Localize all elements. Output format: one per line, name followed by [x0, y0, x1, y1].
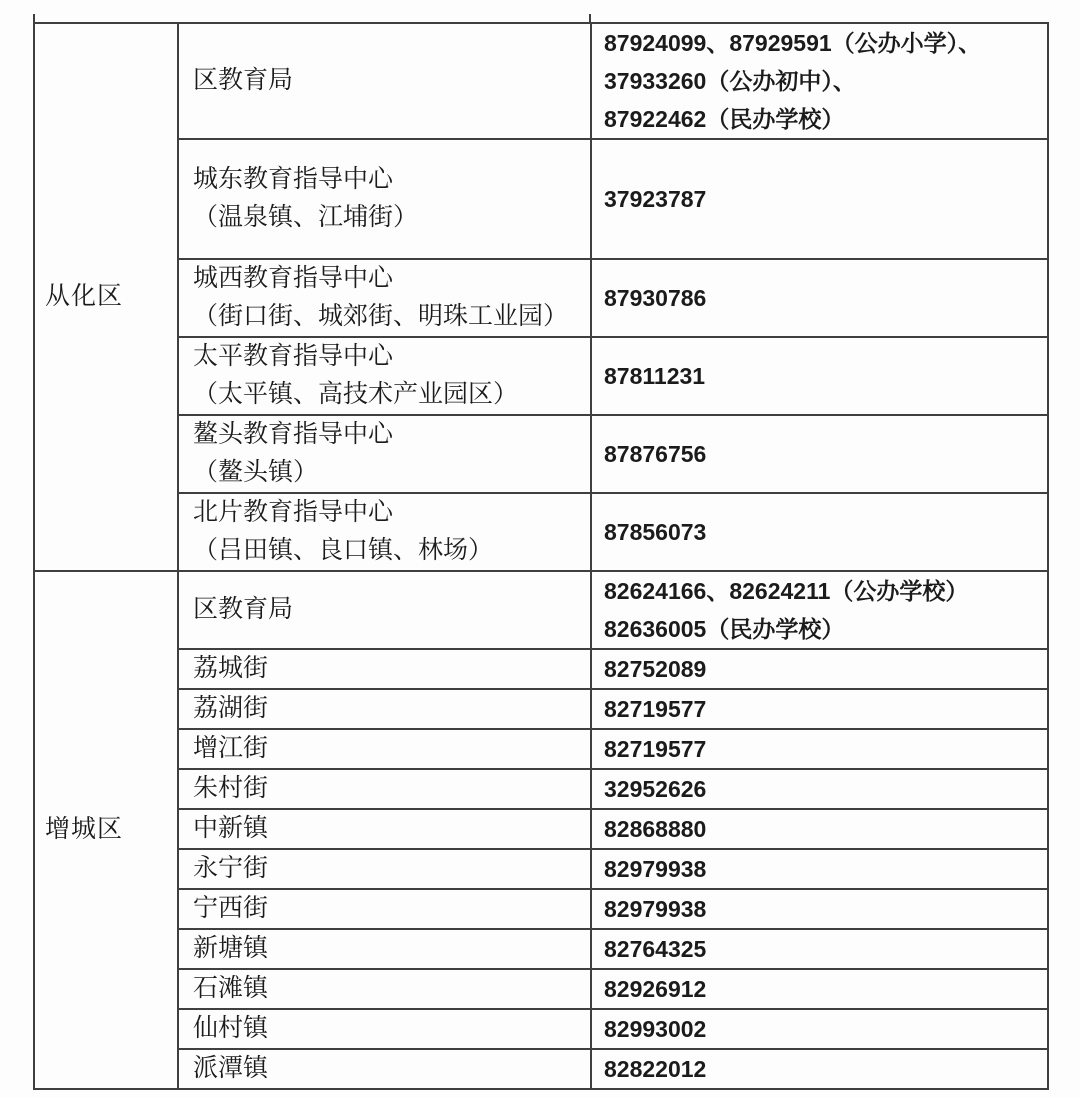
table-row: 城西教育指导中心（街口街、城郊街、明珠工业园） 87930786: [34, 259, 1048, 337]
phone-cell: 82822012: [591, 1049, 1048, 1089]
phone-cell: 82752089: [591, 649, 1048, 689]
district-cell: 增城区: [34, 571, 178, 1089]
phone-cell: 82719577: [591, 729, 1048, 769]
phone-cell: 82979938: [591, 889, 1048, 929]
phone-cell: 87924099、87929591（公办小学）、37933260（公办初中）、8…: [591, 23, 1048, 139]
office-cell: 鳌头教育指导中心（鳌头镇）: [178, 415, 591, 493]
office-cell: 荔湖街: [178, 689, 591, 729]
office-cell: 荔城街: [178, 649, 591, 689]
office-cell: 太平教育指导中心（太平镇、高技术产业园区）: [178, 337, 591, 415]
phone-cell: 82993002: [591, 1009, 1048, 1049]
table-row: 中新镇 82868880: [34, 809, 1048, 849]
table-row: 从化区 区教育局 87924099、87929591（公办小学）、3793326…: [34, 23, 1048, 139]
office-cell: 朱村街: [178, 769, 591, 809]
office-cell: 城西教育指导中心（街口街、城郊街、明珠工业园）: [178, 259, 591, 337]
office-cell: 石滩镇: [178, 969, 591, 1009]
table-row: 宁西街 82979938: [34, 889, 1048, 929]
phone-cell: 32952626: [591, 769, 1048, 809]
phone-cell: 82979938: [591, 849, 1048, 889]
contact-table: 从化区 区教育局 87924099、87929591（公办小学）、3793326…: [33, 22, 1049, 1090]
office-cell: 中新镇: [178, 809, 591, 849]
phone-cell: 82624166、82624211（公办学校）82636005（民办学校）: [591, 571, 1048, 649]
table-row: 北片教育指导中心（吕田镇、良口镇、林场） 87856073: [34, 493, 1048, 571]
office-cell: 区教育局: [178, 23, 591, 139]
phone-cell: 37923787: [591, 139, 1048, 259]
phone-cell: 87876756: [591, 415, 1048, 493]
table-row: 仙村镇 82993002: [34, 1009, 1048, 1049]
phone-cell: 82719577: [591, 689, 1048, 729]
phone-cell: 87856073: [591, 493, 1048, 571]
phone-cell: 87811231: [591, 337, 1048, 415]
page: 从化区 区教育局 87924099、87929591（公办小学）、3793326…: [0, 0, 1080, 1097]
table-row: 鳌头教育指导中心（鳌头镇） 87876756: [34, 415, 1048, 493]
table-row: 增城区 区教育局 82624166、82624211（公办学校）82636005…: [34, 571, 1048, 649]
office-cell: 增江街: [178, 729, 591, 769]
phone-cell: 82926912: [591, 969, 1048, 1009]
table-row: 新塘镇 82764325: [34, 929, 1048, 969]
office-cell: 仙村镇: [178, 1009, 591, 1049]
table-row: 荔城街 82752089: [34, 649, 1048, 689]
phone-cell: 82868880: [591, 809, 1048, 849]
office-cell: 新塘镇: [178, 929, 591, 969]
table-row: 石滩镇 82926912: [34, 969, 1048, 1009]
district-cell: 从化区: [34, 23, 178, 571]
table-row: 派潭镇 82822012: [34, 1049, 1048, 1089]
office-cell: 永宁街: [178, 849, 591, 889]
phone-cell: 87930786: [591, 259, 1048, 337]
table-row: 增江街 82719577: [34, 729, 1048, 769]
table-row: 朱村街 32952626: [34, 769, 1048, 809]
office-cell: 城东教育指导中心（温泉镇、江埔街）: [178, 139, 591, 259]
table-row: 永宁街 82979938: [34, 849, 1048, 889]
office-cell: 区教育局: [178, 571, 591, 649]
phone-cell: 82764325: [591, 929, 1048, 969]
office-cell: 派潭镇: [178, 1049, 591, 1089]
office-cell: 宁西街: [178, 889, 591, 929]
office-cell: 北片教育指导中心（吕田镇、良口镇、林场）: [178, 493, 591, 571]
table-row: 城东教育指导中心（温泉镇、江埔街） 37923787: [34, 139, 1048, 259]
table-row: 太平教育指导中心（太平镇、高技术产业园区） 87811231: [34, 337, 1048, 415]
table-row: 荔湖街 82719577: [34, 689, 1048, 729]
